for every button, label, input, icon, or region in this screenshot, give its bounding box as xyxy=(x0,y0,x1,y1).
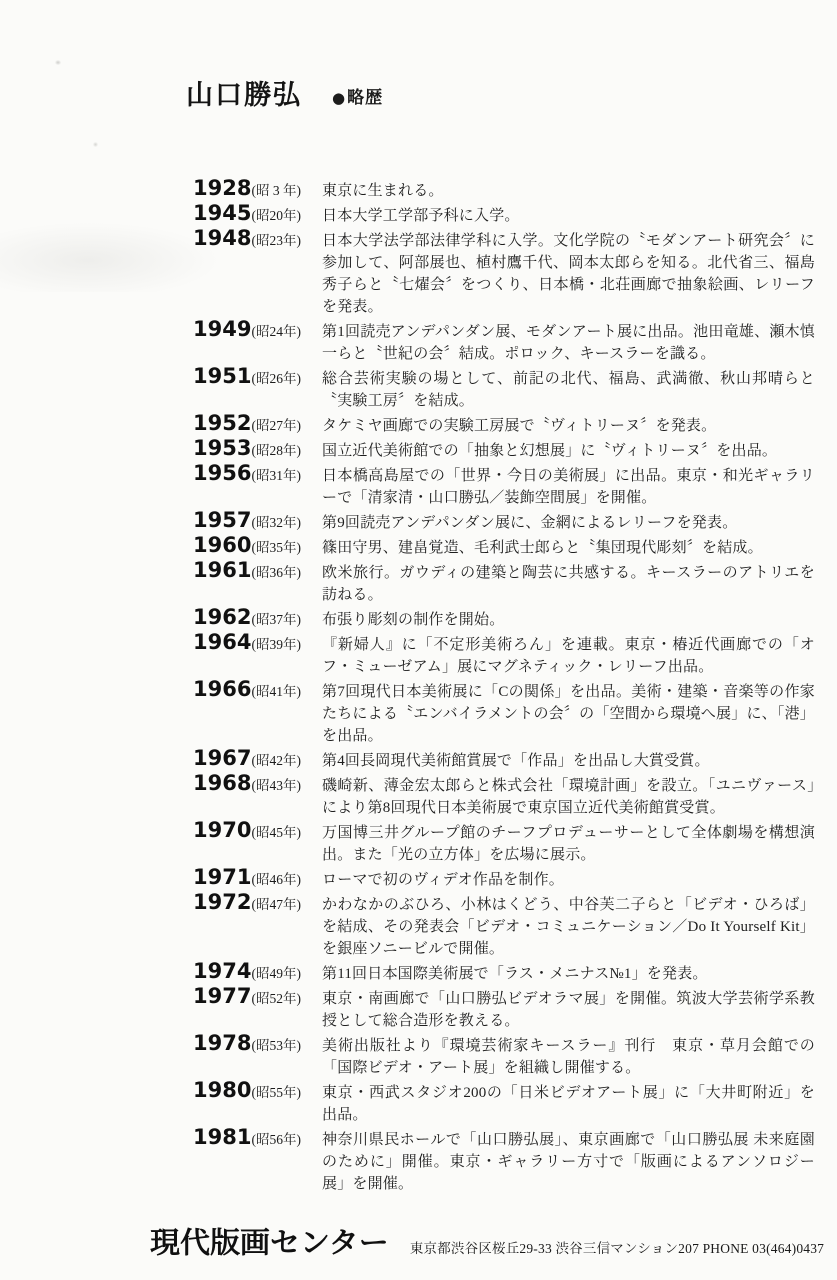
entry-text: 欧米旅行。ガウディの建築と陶芸に共感する。キースラーのアトリエを訪ねる。 xyxy=(322,562,815,606)
timeline-entry: 1928(昭 3 年)東京に生まれる。 xyxy=(193,177,817,202)
entry-text: 国立近代美術館での「抽象と幻想展」に〝ヴィトリーヌ〞を出品。 xyxy=(322,440,815,462)
entry-year: 1971 xyxy=(193,865,251,889)
entry-era: (昭23年) xyxy=(251,233,301,248)
entry-era: (昭45年) xyxy=(251,825,301,840)
entry-year: 1974 xyxy=(193,959,251,983)
timeline-entry: 1967(昭42年)第4回長岡現代美術館賞展で「作品」を出品し大賞受賞。 xyxy=(193,747,817,772)
entry-year: 1972 xyxy=(193,890,251,914)
entry-era: (昭42年) xyxy=(251,753,301,768)
entry-text: 東京に生まれる。 xyxy=(322,180,815,202)
entry-era: (昭20年) xyxy=(251,208,301,223)
entry-year: 1928 xyxy=(193,176,251,200)
entry-year: 1980 xyxy=(193,1078,251,1102)
timeline-entry: 1945(昭20年)日本大学工学部予科に入学。 xyxy=(193,202,817,227)
entry-year: 1952 xyxy=(193,411,251,435)
timeline-entry: 1960(昭35年)篠田守男、建畠覚造、毛利武士郎らと〝集団現代彫刻〞を結成。 xyxy=(193,534,817,559)
entry-year: 1945 xyxy=(193,201,251,225)
entry-era: (昭26年) xyxy=(251,371,301,386)
entry-text: 総合芸術実験の場として、前記の北代、福島、武満徹、秋山邦晴らと〝実験工房〞を結成… xyxy=(322,368,815,412)
entry-year-column: 1964(昭39年) xyxy=(193,631,322,656)
entry-year-column: 1966(昭41年) xyxy=(193,678,322,703)
entry-text: 第7回現代日本美術展に「Cの関係」を出品。美術・建築・音楽等の作家たちによる〝エ… xyxy=(322,681,815,747)
entry-text: 第11回日本国際美術展で「ラス・メニナス№1」を発表。 xyxy=(322,963,815,985)
entry-text: 『新婦人』に「不定形美術ろん」を連載。東京・椿近代画廊での「オフ・ミューゼアム」… xyxy=(322,634,815,678)
scan-speck xyxy=(55,60,61,65)
entry-era: (昭27年) xyxy=(251,418,301,433)
entry-year: 1949 xyxy=(193,317,251,341)
publisher-address: 東京都渋谷区桜丘29-33 渋谷三信マンション207 PHONE 03(464)… xyxy=(410,1237,837,1257)
entry-year-column: 1956(昭31年) xyxy=(193,462,322,487)
entry-year: 1978 xyxy=(193,1031,251,1055)
entry-year-column: 1960(昭35年) xyxy=(193,534,322,559)
timeline-entry: 1956(昭31年)日本橋高島屋での「世界・今日の美術展」に出品。東京・和光ギャ… xyxy=(193,462,817,509)
entry-era: (昭36年) xyxy=(251,565,301,580)
entry-text: 日本大学工学部予科に入学。 xyxy=(322,205,815,227)
entry-text: 布張り彫刻の制作を開始。 xyxy=(322,609,815,631)
entry-era: (昭24年) xyxy=(251,324,301,339)
timeline-entry: 1970(昭45年)万国博三井グループ館のチーフプロデューサーとして全体劇場を構… xyxy=(193,819,817,866)
timeline-entry: 1952(昭27年)タケミヤ画廊での実験工房展で〝ヴィトリーヌ〞を発表。 xyxy=(193,412,817,437)
entry-text: 磯崎新、薄金宏太郎らと株式会社「環境計画」を設立。「ユニヴァース」により第8回現… xyxy=(322,775,815,819)
entry-year-column: 1948(昭23年) xyxy=(193,227,322,252)
entry-year: 1956 xyxy=(193,461,251,485)
timeline-entry: 1974(昭49年)第11回日本国際美術展で「ラス・メニナス№1」を発表。 xyxy=(193,960,817,985)
entry-era: (昭 3 年) xyxy=(251,183,301,198)
timeline-entry: 1949(昭24年)第1回読売アンデパンダン展、モダンアート展に出品。池田竜雄、… xyxy=(193,318,817,365)
document-page: 山口勝弘 ● 略歴 1928(昭 3 年)東京に生まれる。1945(昭20年)日… xyxy=(0,0,837,1280)
entry-text: 美術出版社より『環境芸術家キースラー』刊行 東京・草月会館での「国際ビデオ・アー… xyxy=(322,1035,815,1079)
timeline-entry: 1966(昭41年)第7回現代日本美術展に「Cの関係」を出品。美術・建築・音楽等… xyxy=(193,678,817,747)
entry-year: 1960 xyxy=(193,533,251,557)
timeline-entry: 1971(昭46年)ローマで初のヴィデオ作品を制作。 xyxy=(193,866,817,891)
entry-era: (昭43年) xyxy=(251,778,301,793)
entry-era: (昭32年) xyxy=(251,515,301,530)
entry-era: (昭37年) xyxy=(251,612,301,627)
entry-year: 1970 xyxy=(193,818,251,842)
entry-text: 東京・西武スタジオ200の「日米ビデオアート展」に「大井町附近」を出品。 xyxy=(322,1082,815,1126)
timeline-entry: 1980(昭55年)東京・西武スタジオ200の「日米ビデオアート展」に「大井町附… xyxy=(193,1079,817,1126)
timeline-entry: 1978(昭53年)美術出版社より『環境芸術家キースラー』刊行 東京・草月会館で… xyxy=(193,1032,817,1079)
timeline-entry: 1961(昭36年)欧米旅行。ガウディの建築と陶芸に共感する。キースラーのアトリ… xyxy=(193,559,817,606)
entry-year-column: 1974(昭49年) xyxy=(193,960,322,985)
entry-text: 日本大学法学部法律学科に入学。文化学院の〝モダンアート研究会〞に参加して、阿部展… xyxy=(322,230,815,318)
entry-year-column: 1945(昭20年) xyxy=(193,202,322,227)
entry-year-column: 1952(昭27年) xyxy=(193,412,322,437)
bullet-icon: ● xyxy=(332,91,345,106)
entry-year-column: 1949(昭24年) xyxy=(193,318,322,343)
entry-era: (昭55年) xyxy=(251,1085,301,1100)
timeline-entry: 1972(昭47年)かわなかのぶひろ、小林はくどう、中谷芙二子らと「ビデオ・ひろ… xyxy=(193,891,817,960)
entry-year: 1948 xyxy=(193,226,251,250)
timeline-entry: 1953(昭28年)国立近代美術館での「抽象と幻想展」に〝ヴィトリーヌ〞を出品。 xyxy=(193,437,817,462)
entry-year-column: 1977(昭52年) xyxy=(193,985,322,1010)
entry-text: 第9回読売アンデパンダン展に、金網によるレリーフを発表。 xyxy=(322,512,815,534)
entry-year: 1961 xyxy=(193,558,251,582)
document-header: 山口勝弘 ● 略歴 xyxy=(186,82,383,109)
entry-year: 1966 xyxy=(193,677,251,701)
entry-era: (昭35年) xyxy=(251,540,301,555)
entry-text: ローマで初のヴィデオ作品を制作。 xyxy=(322,869,815,891)
entry-era: (昭47年) xyxy=(251,897,301,912)
entry-text: かわなかのぶひろ、小林はくどう、中谷芙二子らと「ビデオ・ひろば」を結成、その発表… xyxy=(322,894,815,960)
entry-text: 神奈川県民ホールで「山口勝弘展」、東京画廊で「山口勝弘展 未来庭園のために」開催… xyxy=(322,1129,815,1195)
scan-speck xyxy=(93,142,98,147)
entry-era: (昭53年) xyxy=(251,1038,301,1053)
entry-year: 1957 xyxy=(193,508,251,532)
timeline-entry: 1981(昭56年)神奈川県民ホールで「山口勝弘展」、東京画廊で「山口勝弘展 未… xyxy=(193,1126,817,1195)
entry-year: 1962 xyxy=(193,605,251,629)
entry-year-column: 1971(昭46年) xyxy=(193,866,322,891)
entry-era: (昭56年) xyxy=(251,1132,301,1147)
section-label: 略歴 xyxy=(347,90,383,107)
entry-era: (昭49年) xyxy=(251,966,301,981)
entry-year-column: 1957(昭32年) xyxy=(193,509,322,534)
entry-year: 1953 xyxy=(193,436,251,460)
entry-era: (昭52年) xyxy=(251,991,301,1006)
entry-year: 1951 xyxy=(193,364,251,388)
timeline-entry: 1977(昭52年)東京・南画廊で「山口勝弘ビデオラマ展」を開催。筑波大学芸術学… xyxy=(193,985,817,1032)
entry-year-column: 1961(昭36年) xyxy=(193,559,322,584)
entry-year-column: 1980(昭55年) xyxy=(193,1079,322,1104)
entry-year-column: 1970(昭45年) xyxy=(193,819,322,844)
section-subtitle: ● 略歴 xyxy=(332,90,383,107)
timeline-entry: 1962(昭37年)布張り彫刻の制作を開始。 xyxy=(193,606,817,631)
entry-year: 1977 xyxy=(193,984,251,1008)
entry-year-column: 1967(昭42年) xyxy=(193,747,322,772)
entry-year-column: 1928(昭 3 年) xyxy=(193,177,322,202)
timeline-entry: 1964(昭39年)『新婦人』に「不定形美術ろん」を連載。東京・椿近代画廊での「… xyxy=(193,631,817,678)
entry-year: 1964 xyxy=(193,630,251,654)
entry-year-column: 1951(昭26年) xyxy=(193,365,322,390)
entry-text: 日本橋高島屋での「世界・今日の美術展」に出品。東京・和光ギャラリーで「清家清・山… xyxy=(322,465,815,509)
entry-era: (昭39年) xyxy=(251,637,301,652)
entry-era: (昭41年) xyxy=(251,684,301,699)
entry-year-column: 1981(昭56年) xyxy=(193,1126,322,1151)
entry-era: (昭31年) xyxy=(251,468,301,483)
entry-text: 篠田守男、建畠覚造、毛利武士郎らと〝集団現代彫刻〞を結成。 xyxy=(322,537,815,559)
entry-era: (昭46年) xyxy=(251,872,301,887)
entry-text: 第1回読売アンデパンダン展、モダンアート展に出品。池田竜雄、瀬木慎一らと〝世紀の… xyxy=(322,321,815,365)
entry-year-column: 1953(昭28年) xyxy=(193,437,322,462)
timeline-entry: 1948(昭23年)日本大学法学部法律学科に入学。文化学院の〝モダンアート研究会… xyxy=(193,227,817,318)
document-footer: 現代版画センター 東京都渋谷区桜丘29-33 渋谷三信マンション207 PHON… xyxy=(150,1229,837,1259)
publisher-logo: 現代版画センター xyxy=(150,1230,389,1259)
entry-year: 1967 xyxy=(193,746,251,770)
timeline: 1928(昭 3 年)東京に生まれる。1945(昭20年)日本大学工学部予科に入… xyxy=(193,177,817,1195)
timeline-entry: 1957(昭32年)第9回読売アンデパンダン展に、金網によるレリーフを発表。 xyxy=(193,509,817,534)
timeline-entry: 1951(昭26年)総合芸術実験の場として、前記の北代、福島、武満徹、秋山邦晴ら… xyxy=(193,365,817,412)
entry-text: 第4回長岡現代美術館賞展で「作品」を出品し大賞受賞。 xyxy=(322,750,815,772)
entry-text: 東京・南画廊で「山口勝弘ビデオラマ展」を開催。筑波大学芸術学系教授として総合造形… xyxy=(322,988,815,1032)
entry-year-column: 1972(昭47年) xyxy=(193,891,322,916)
timeline-entry: 1968(昭43年)磯崎新、薄金宏太郎らと株式会社「環境計画」を設立。「ユニヴァ… xyxy=(193,772,817,819)
entry-year-column: 1978(昭53年) xyxy=(193,1032,322,1057)
entry-era: (昭28年) xyxy=(251,443,301,458)
entry-text: 万国博三井グループ館のチーフプロデューサーとして全体劇場を構想演出。また「光の立… xyxy=(322,822,815,866)
entry-year: 1968 xyxy=(193,771,251,795)
scan-smudge xyxy=(0,222,220,292)
entry-text: タケミヤ画廊での実験工房展で〝ヴィトリーヌ〞を発表。 xyxy=(322,415,815,437)
entry-year: 1981 xyxy=(193,1125,251,1149)
artist-name: 山口勝弘 xyxy=(186,82,302,109)
entry-year-column: 1962(昭37年) xyxy=(193,606,322,631)
entry-year-column: 1968(昭43年) xyxy=(193,772,322,797)
